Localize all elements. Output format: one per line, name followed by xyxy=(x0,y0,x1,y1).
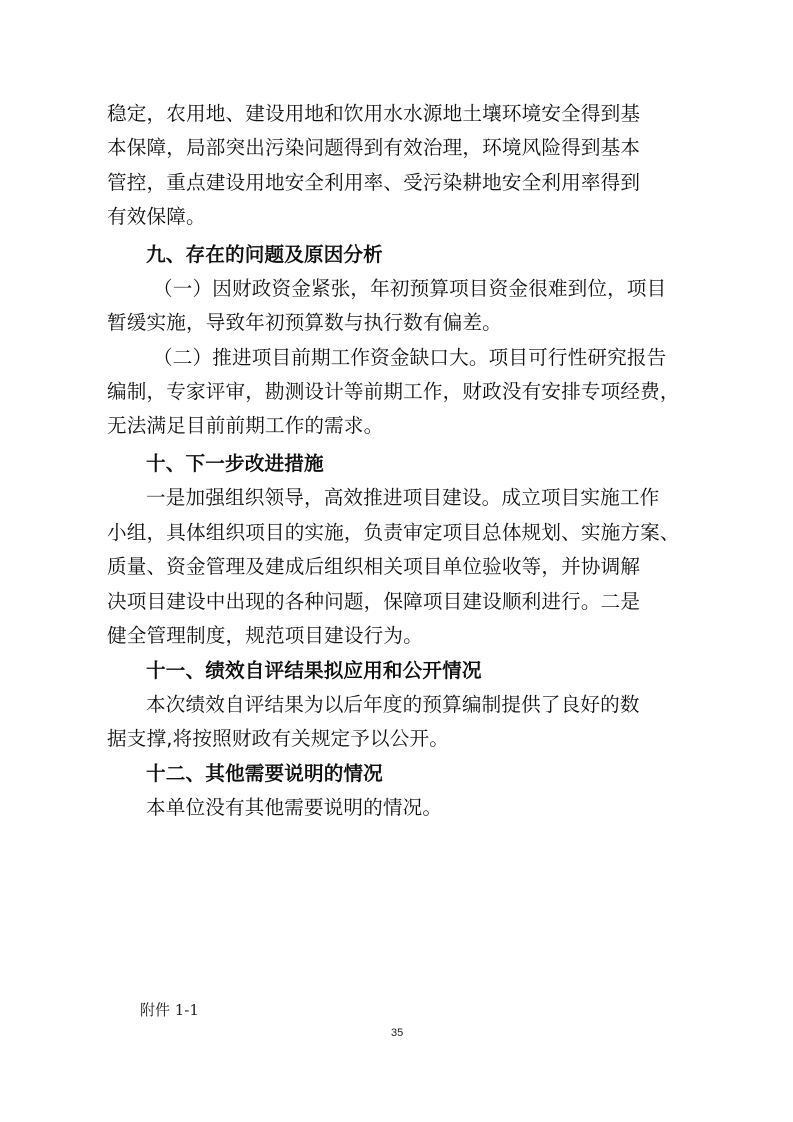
body-line: 有效保障。 xyxy=(107,200,206,234)
attachment-label: 附件 1-1 xyxy=(140,999,199,1020)
body-line: 健全管理制度，规范项目建设行为。 xyxy=(107,619,423,653)
section-heading-9: 九、存在的问题及原因分析 xyxy=(146,238,383,272)
body-line: 小组，具体组织项目的实施，负责审定项目总体规划、实施方案、 xyxy=(107,516,680,550)
body-line: 本保障，局部突出污染问题得到有效治理，环境风险得到基本 xyxy=(107,131,640,165)
body-line: 一是加强组织领导，高效推进项目建设。成立项目实施工作 xyxy=(146,481,659,515)
body-line: 稳定，农用地、建设用地和饮用水水源地土壤环境安全得到基 xyxy=(107,97,640,131)
body-line: 质量、资金管理及建成后组织相关项目单位验收等，并协调解 xyxy=(107,550,640,584)
section-heading-10: 十、下一步改进措施 xyxy=(146,447,324,481)
body-line: 决项目建设中出现的各种问题，保障项目建设顺利进行。二是 xyxy=(107,585,640,619)
body-line: （二）推进项目前期工作资金缺口大。项目可行性研究报告 xyxy=(153,341,666,375)
body-line: 本次绩效自评结果为以后年度的预算编制提供了良好的数 xyxy=(146,688,640,722)
body-line: 本单位没有其他需要说明的情况。 xyxy=(146,791,442,825)
body-line: （一）因财政资金紧张，年初预算项目资金很难到位，项目 xyxy=(153,272,666,306)
section-heading-11: 十一、绩效自评结果拟应用和公开情况 xyxy=(146,654,482,688)
section-heading-12: 十二、其他需要说明的情况 xyxy=(146,757,383,791)
body-line: 据支撑,将按照财政有关规定予以公开。 xyxy=(107,722,449,756)
body-line: 暂缓实施，导致年初预算数与执行数有偏差。 xyxy=(107,306,502,340)
body-line: 无法满足目前前期工作的需求。 xyxy=(107,409,383,443)
body-line: 编制，专家评审，勘测设计等前期工作，财政没有安排专项经费， xyxy=(107,375,680,409)
body-line: 管控，重点建设用地安全利用率、受污染耕地安全利用率得到 xyxy=(107,166,640,200)
page-number: 35 xyxy=(391,1027,403,1039)
